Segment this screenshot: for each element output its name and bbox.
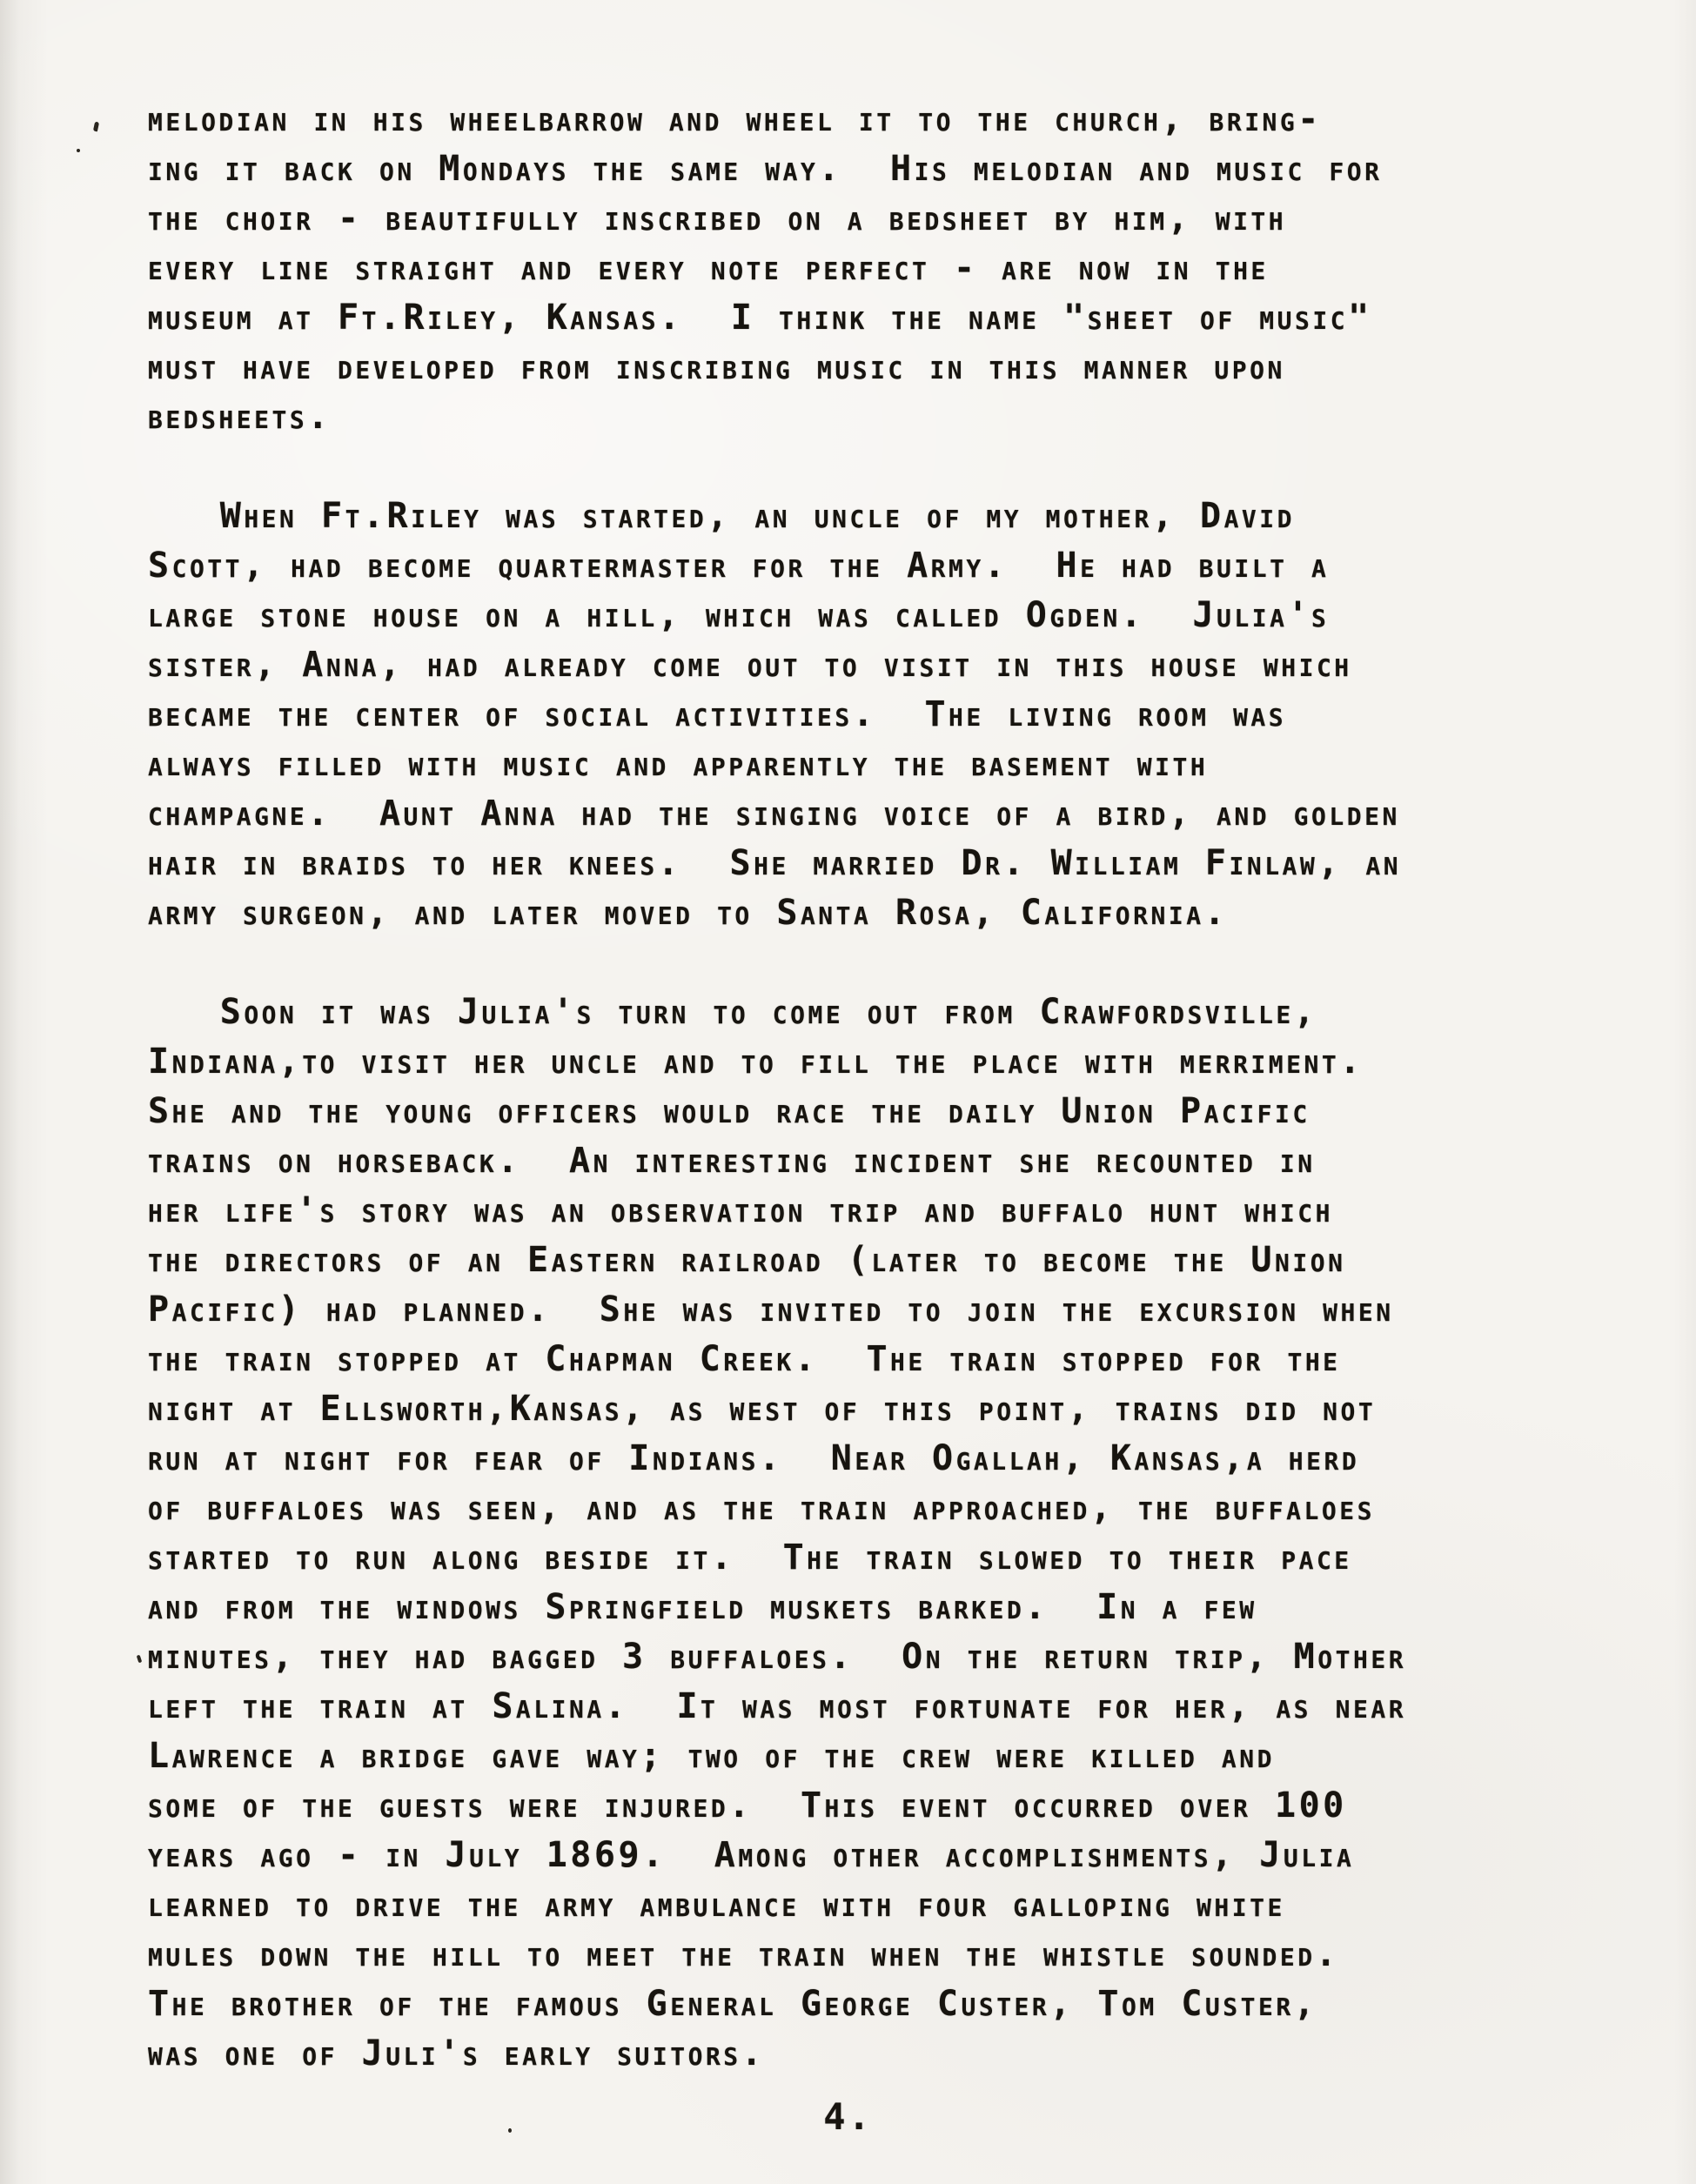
- text-line: and from the windows Springfield muskets…: [148, 1583, 1619, 1632]
- text-line: every line straight and every note perfe…: [148, 244, 1619, 293]
- paragraph-ft-riley: When Ft.Riley was started, an uncle of m…: [148, 492, 1619, 938]
- text-line: sister, Anna, had already come out to vi…: [148, 640, 1619, 690]
- text-line: the train stopped at Chapman Creek. The …: [148, 1335, 1619, 1384]
- text-line: melodian in his wheelbarrow and wheel it…: [148, 95, 1619, 144]
- text-line: large stone house on a hill, which was c…: [148, 591, 1619, 640]
- text-line: Indiana,to visit her uncle and to fill t…: [148, 1037, 1619, 1087]
- text-line: learned to drive the army ambulance with…: [148, 1880, 1619, 1930]
- typewritten-text: melodian in his wheelbarrow and wheel it…: [148, 95, 1619, 2079]
- text-line: army surgeon, and later moved to Santa R…: [148, 888, 1619, 938]
- text-line: run at night for fear of Indians. Near O…: [148, 1434, 1619, 1484]
- text-line: must have developed from inscribing musi…: [148, 343, 1619, 392]
- text-line: trains on horseback. An interesting inci…: [148, 1136, 1619, 1186]
- text-line: became the center of social activities. …: [148, 690, 1619, 740]
- text-line: Soon it was Julia's turn to come out fro…: [148, 988, 1619, 1037]
- text-line: mules down the hill to meet the train wh…: [148, 1930, 1619, 1980]
- text-line: museum at Ft.Riley, Kansas. I think the …: [148, 293, 1619, 343]
- text-line: the directors of an Eastern railroad (la…: [148, 1236, 1619, 1285]
- text-line: left the train at Salina. It was most fo…: [148, 1682, 1619, 1732]
- text-line: Lawrence a bridge gave way; two of the c…: [148, 1732, 1619, 1781]
- text-line: was one of Juli's early suitors.: [148, 2029, 1619, 2079]
- paragraph-julia: Soon it was Julia's turn to come out fro…: [148, 988, 1619, 2079]
- document-page: melodian in his wheelbarrow and wheel it…: [0, 0, 1696, 2184]
- text-line: bedsheets.: [148, 392, 1619, 442]
- text-line: The brother of the famous General George…: [148, 1980, 1619, 2029]
- stray-mark: [93, 122, 99, 132]
- text-line: Pacific) had planned. She was invited to…: [148, 1285, 1619, 1335]
- text-line: years ago - in July 1869. Among other ac…: [148, 1831, 1619, 1880]
- stray-mark: [137, 1655, 143, 1664]
- text-line: hair in braids to her knees. She married…: [148, 839, 1619, 888]
- text-line: ing it back on Mondays the same way. His…: [148, 144, 1619, 194]
- paragraph-melodian: melodian in his wheelbarrow and wheel it…: [148, 95, 1619, 442]
- text-line: She and the young officers would race th…: [148, 1087, 1619, 1136]
- text-line: some of the guests were injured. This ev…: [148, 1781, 1619, 1831]
- text-line: her life's story was an observation trip…: [148, 1186, 1619, 1236]
- text-line: night at Ellsworth,Kansas, as west of th…: [148, 1384, 1619, 1434]
- text-line: always filled with music and apparently …: [148, 740, 1619, 789]
- text-line: Scott, had become quartermaster for the …: [148, 541, 1619, 591]
- stray-mark: [77, 149, 80, 152]
- text-line: When Ft.Riley was started, an uncle of m…: [148, 492, 1619, 541]
- page-number: 4.: [0, 2095, 1696, 2138]
- text-line: the choir - beautifully inscribed on a b…: [148, 194, 1619, 244]
- text-line: started to run along beside it. The trai…: [148, 1533, 1619, 1583]
- text-line: champagne. Aunt Anna had the singing voi…: [148, 789, 1619, 839]
- text-line: of buffaloes was seen, and as the train …: [148, 1484, 1619, 1533]
- text-line: minutes, they had bagged 3 buffaloes. On…: [148, 1632, 1619, 1682]
